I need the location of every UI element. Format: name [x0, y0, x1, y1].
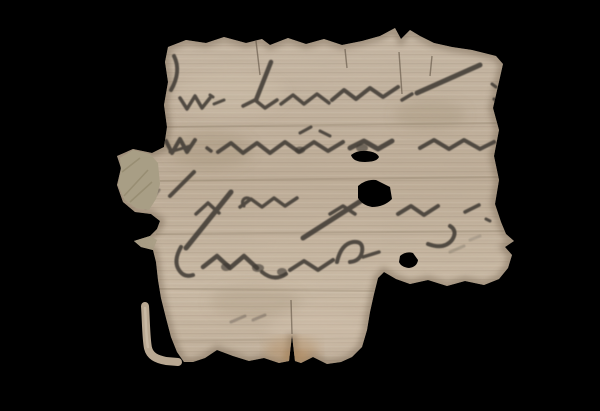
papyrus-photograph: Photograph of an ancient torn papyrus fr…: [0, 0, 600, 411]
photo-stage: Photograph of an ancient torn papyrus fr…: [0, 0, 600, 411]
